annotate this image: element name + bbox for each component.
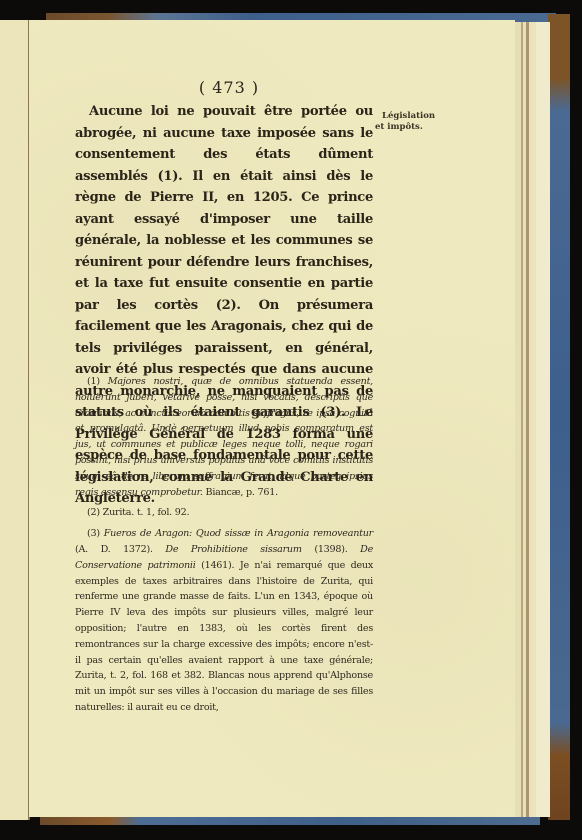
- footnote-2: (2) Zurita. t. 1, fol. 92.: [75, 505, 373, 521]
- book-scan: ( 473 ) Aucune loi ne pouvait être porté…: [0, 0, 582, 840]
- margin-note-line-2: et impôts.: [375, 122, 435, 133]
- footnote-text: (1461). Je n'ai remarqué que deux exempl…: [75, 560, 373, 713]
- footnote-marker: (2): [87, 507, 100, 518]
- margin-note: Législation et impôts.: [375, 111, 435, 133]
- footnote-marker: (3): [87, 528, 100, 539]
- margin-note-line-1: Législation: [375, 111, 435, 122]
- footnote-marker: (1): [87, 376, 100, 387]
- footnote-text: (1398).: [302, 544, 360, 555]
- page-number: ( 473 ): [75, 78, 373, 97]
- footnote-1: (1) Majores nostri, quæ de omnibus statu…: [75, 374, 373, 500]
- footnote-3: (3) Fueros de Aragon: Quod sissæ in Arag…: [75, 526, 373, 716]
- footnote-citation: Zurita. t. 1, fol. 92.: [103, 507, 190, 518]
- footnote-title: De Prohibitione sissarum: [165, 544, 301, 555]
- footnote-text: (A. D. 1372).: [75, 544, 165, 555]
- footnote-title: Fueros de Aragon: Quod sissæ in Aragonia…: [104, 528, 373, 539]
- book-cover-bottom-edge: [40, 816, 540, 825]
- footnotes: (1) Majores nostri, quæ de omnibus statu…: [75, 374, 373, 721]
- facing-page-edge: [0, 20, 30, 820]
- footnote-citation: Biancæ, p. 761.: [203, 487, 278, 498]
- book-cover-right-edge: [548, 14, 570, 820]
- footnote-latin-quote: Majores nostri, quæ de omnibus statuenda…: [75, 376, 373, 498]
